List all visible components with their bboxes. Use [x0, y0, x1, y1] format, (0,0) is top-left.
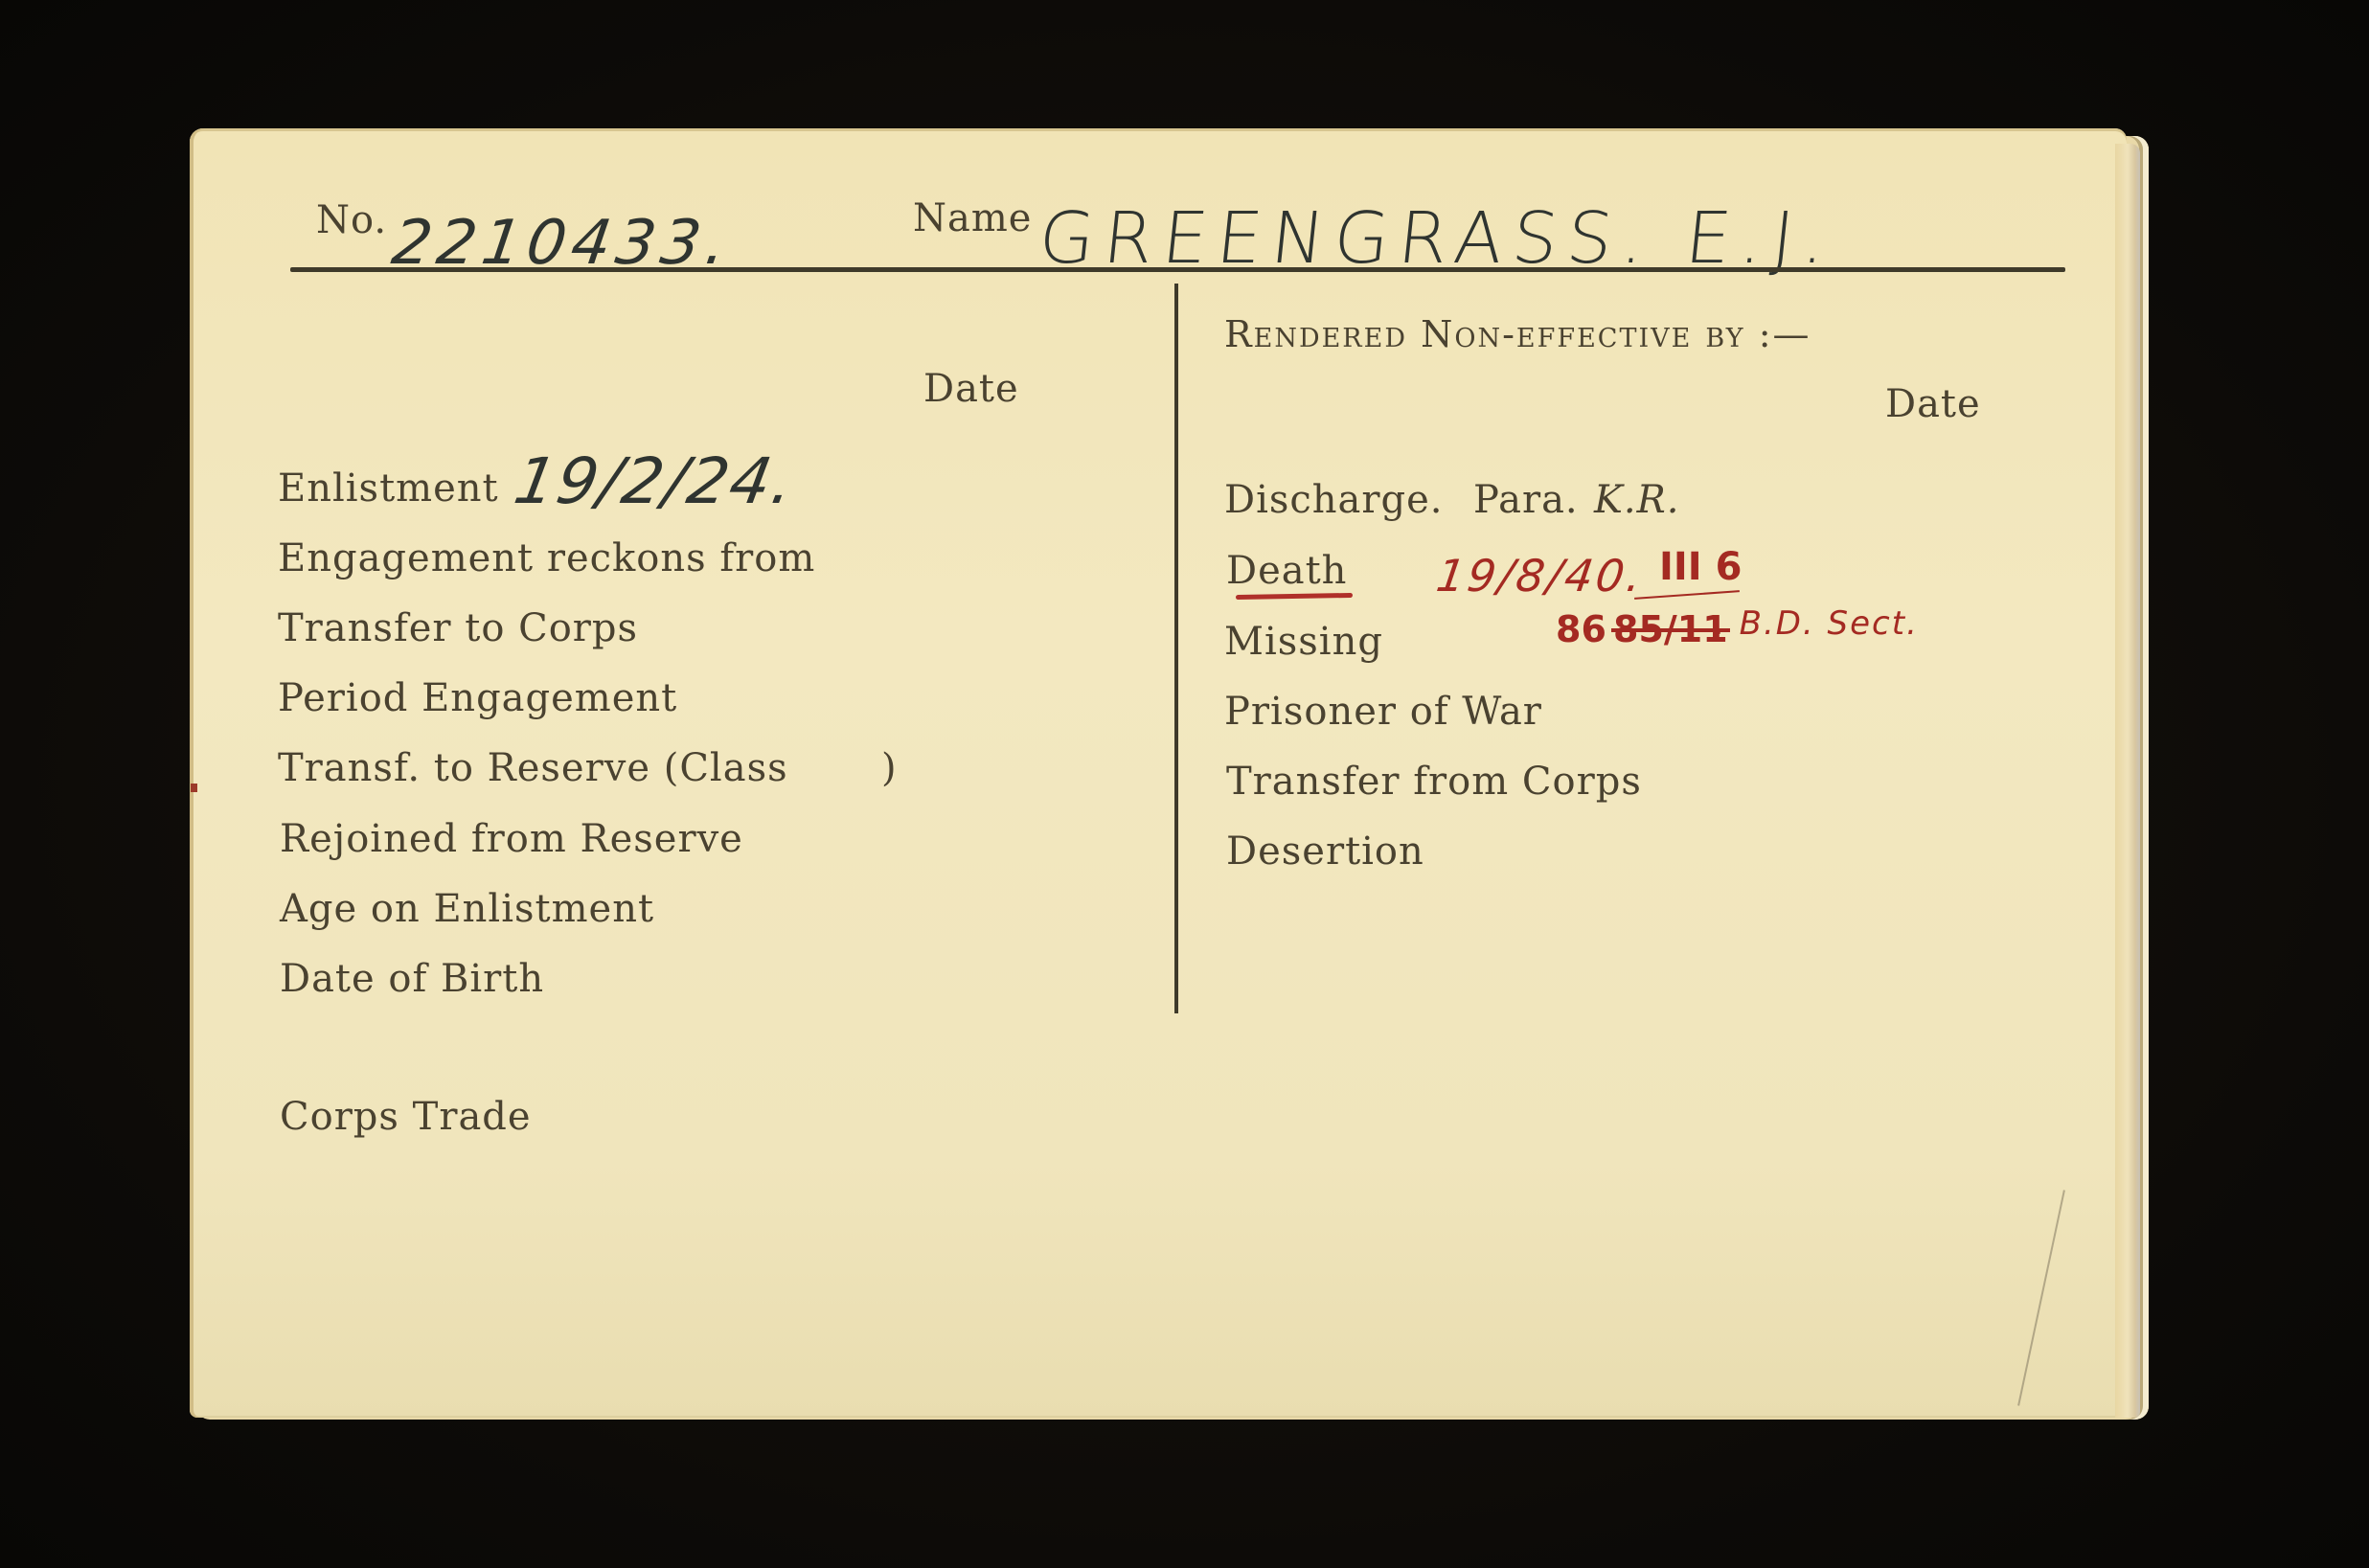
- field-label-transfer-from-corps: Transfer from Corps: [1226, 762, 1642, 801]
- field-label-desertion: Desertion: [1226, 832, 1424, 871]
- column-divider: [1174, 284, 1178, 1013]
- field-label-age-on-enlistment: Age on Enlistment: [280, 890, 654, 928]
- soldier-name: GREENGRASS. E.J.: [1036, 203, 1838, 274]
- number-label: No.: [316, 201, 387, 239]
- missing-annotation-struck: 85/11: [1613, 611, 1728, 648]
- missing-annotation-prefix: 86: [1556, 611, 1606, 648]
- field-label-prisoner-of-war: Prisoner of War: [1224, 693, 1542, 731]
- field-value-enlistment: 19/2/24.: [510, 450, 800, 513]
- service-number: 2210433.: [389, 213, 736, 274]
- missing-annotation-suffix: . B.D. Sect.: [1715, 607, 1919, 640]
- field-value-death-date: 19/8/40.: [1434, 554, 1647, 598]
- left-date-header: Date: [923, 370, 1019, 408]
- field-label-missing: Missing: [1224, 623, 1383, 661]
- field-label-rejoined-from-reserve: Rejoined from Reserve: [280, 820, 743, 858]
- reserve-class-close-paren: ): [881, 749, 898, 787]
- card-stack-right-edge: [2115, 144, 2140, 1418]
- non-effective-heading: Rendered Non-effective by :—: [1224, 316, 1811, 352]
- struck-text: 85/11: [1613, 611, 1728, 648]
- right-date-header: Date: [1885, 385, 1981, 423]
- field-label-period-engagement: Period Engagement: [278, 679, 677, 717]
- field-label-transfer-to-corps: Transfer to Corps: [278, 609, 638, 648]
- field-label-date-of-birth: Date of Birth: [280, 960, 544, 998]
- field-label-transfer-to-reserve: Transf. to Reserve (Class: [278, 749, 788, 787]
- header-rule: [290, 267, 2065, 272]
- red-edge-mark: [191, 784, 197, 792]
- discharge-kr-label: K.R.: [1594, 481, 1679, 519]
- death-annotation-grave: III 6: [1659, 548, 1742, 586]
- field-label-death: Death: [1226, 552, 1347, 590]
- field-label-engagement: Engagement reckons from: [278, 539, 815, 578]
- name-label: Name: [913, 199, 1032, 238]
- field-label-corps-trade: Corps Trade: [280, 1098, 532, 1136]
- discharge-para-label: Para.: [1473, 481, 1579, 519]
- field-label-discharge: Discharge.: [1224, 481, 1444, 519]
- field-label-enlistment: Enlistment: [278, 469, 499, 508]
